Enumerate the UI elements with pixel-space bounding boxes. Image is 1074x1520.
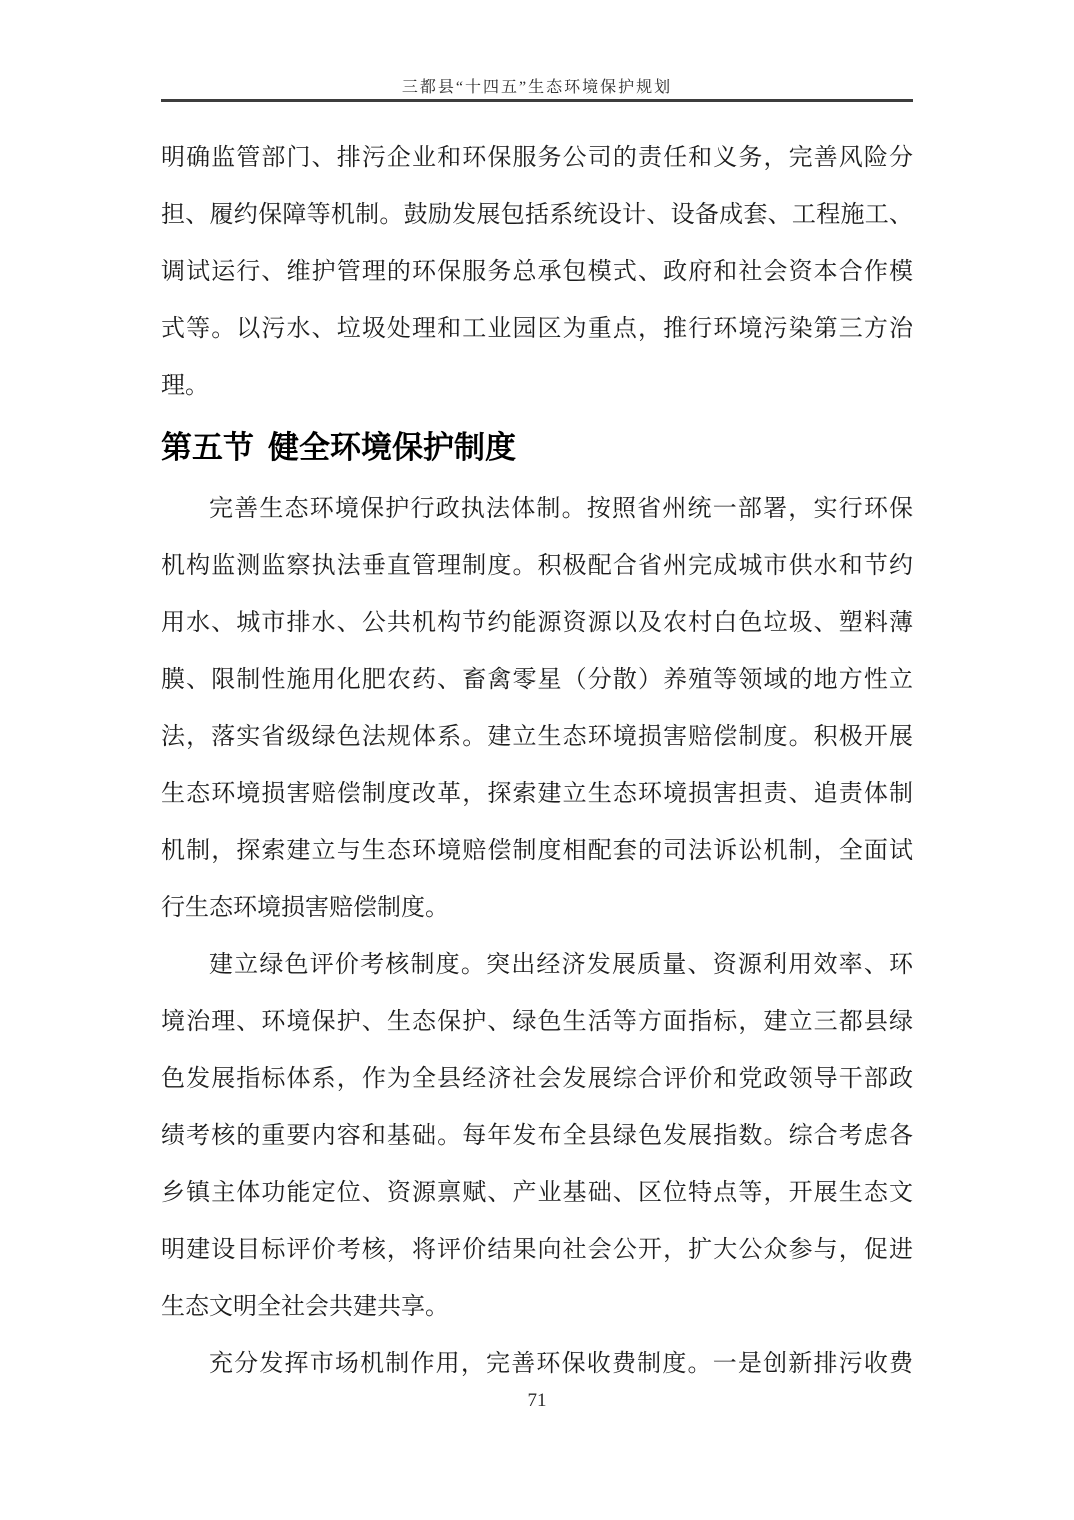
header-divider (161, 99, 913, 102)
paragraph-line: 调试运行、维护管理的环保服务总承包模式、政府和社会资本合作模 (161, 244, 913, 301)
paragraph-line: 机构监测监察执法垂直管理制度。积极配合省州完成城市供水和节约 (161, 538, 913, 595)
paragraph-line: 充分发挥市场机制作用，完善环保收费制度。一是创新排污收费 (161, 1336, 913, 1393)
paragraph-line: 机制，探索建立与生态环境赔偿制度相配套的司法诉讼机制，全面试 (161, 823, 913, 880)
paragraph: 明确监管部门、排污企业和环保服务公司的责任和义务，完善风险分担、履约保障等机制。… (161, 130, 913, 415)
paragraph-line: 法，落实省级绿色法规体系。建立生态环境损害赔偿制度。积极开展 (161, 709, 913, 766)
paragraph: 完善生态环境保护行政执法体制。按照省州统一部署，实行环保机构监测监察执法垂直管理… (161, 481, 913, 937)
paragraph-line: 理。 (161, 358, 913, 415)
paragraph: 建立绿色评价考核制度。突出经济发展质量、资源利用效率、环境治理、环境保护、生态保… (161, 937, 913, 1336)
section-heading: 第五节健全环境保护制度 (161, 415, 913, 481)
paragraph-line: 建立绿色评价考核制度。突出经济发展质量、资源利用效率、环 (161, 937, 913, 994)
paragraph-line: 式等。以污水、垃圾处理和工业园区为重点，推行环境污染第三方治 (161, 301, 913, 358)
paragraph-line: 明建设目标评价考核，将评价结果向社会公开，扩大公众参与，促进 (161, 1222, 913, 1279)
paragraph-line: 绩考核的重要内容和基础。每年发布全县绿色发展指数。综合考虑各 (161, 1108, 913, 1165)
page-number: 71 (0, 1390, 1074, 1412)
paragraph-line: 担、履约保障等机制。鼓励发展包括系统设计、设备成套、工程施工、 (161, 187, 913, 244)
paragraph-line: 乡镇主体功能定位、资源禀赋、产业基础、区位特点等，开展生态文 (161, 1165, 913, 1222)
section-number: 第五节 (161, 430, 254, 465)
paragraph-line: 色发展指标体系，作为全县经济社会发展综合评价和党政领导干部政 (161, 1051, 913, 1108)
paragraph: 充分发挥市场机制作用，完善环保收费制度。一是创新排污收费 (161, 1336, 913, 1393)
paragraph-line: 生态文明全社会共建共享。 (161, 1279, 913, 1336)
page-header-title: 三都县“十四五”生态环境保护规划 (161, 74, 913, 97)
document-page: 三都县“十四五”生态环境保护规划 明确监管部门、排污企业和环保服务公司的责任和义… (0, 0, 1074, 1520)
section-title: 健全环境保护制度 (268, 430, 516, 465)
paragraph-line: 明确监管部门、排污企业和环保服务公司的责任和义务，完善风险分 (161, 130, 913, 187)
document-body: 明确监管部门、排污企业和环保服务公司的责任和义务，完善风险分担、履约保障等机制。… (161, 130, 913, 1393)
paragraph-line: 境治理、环境保护、生态保护、绿色生活等方面指标，建立三都县绿 (161, 994, 913, 1051)
paragraph-line: 膜、限制性施用化肥农药、畜禽零星（分散）养殖等领域的地方性立 (161, 652, 913, 709)
paragraph-line: 用水、城市排水、公共机构节约能源资源以及农村白色垃圾、塑料薄 (161, 595, 913, 652)
paragraph-line: 完善生态环境保护行政执法体制。按照省州统一部署，实行环保 (161, 481, 913, 538)
paragraph-line: 生态环境损害赔偿制度改革，探索建立生态环境损害担责、追责体制 (161, 766, 913, 823)
paragraph-line: 行生态环境损害赔偿制度。 (161, 880, 913, 937)
